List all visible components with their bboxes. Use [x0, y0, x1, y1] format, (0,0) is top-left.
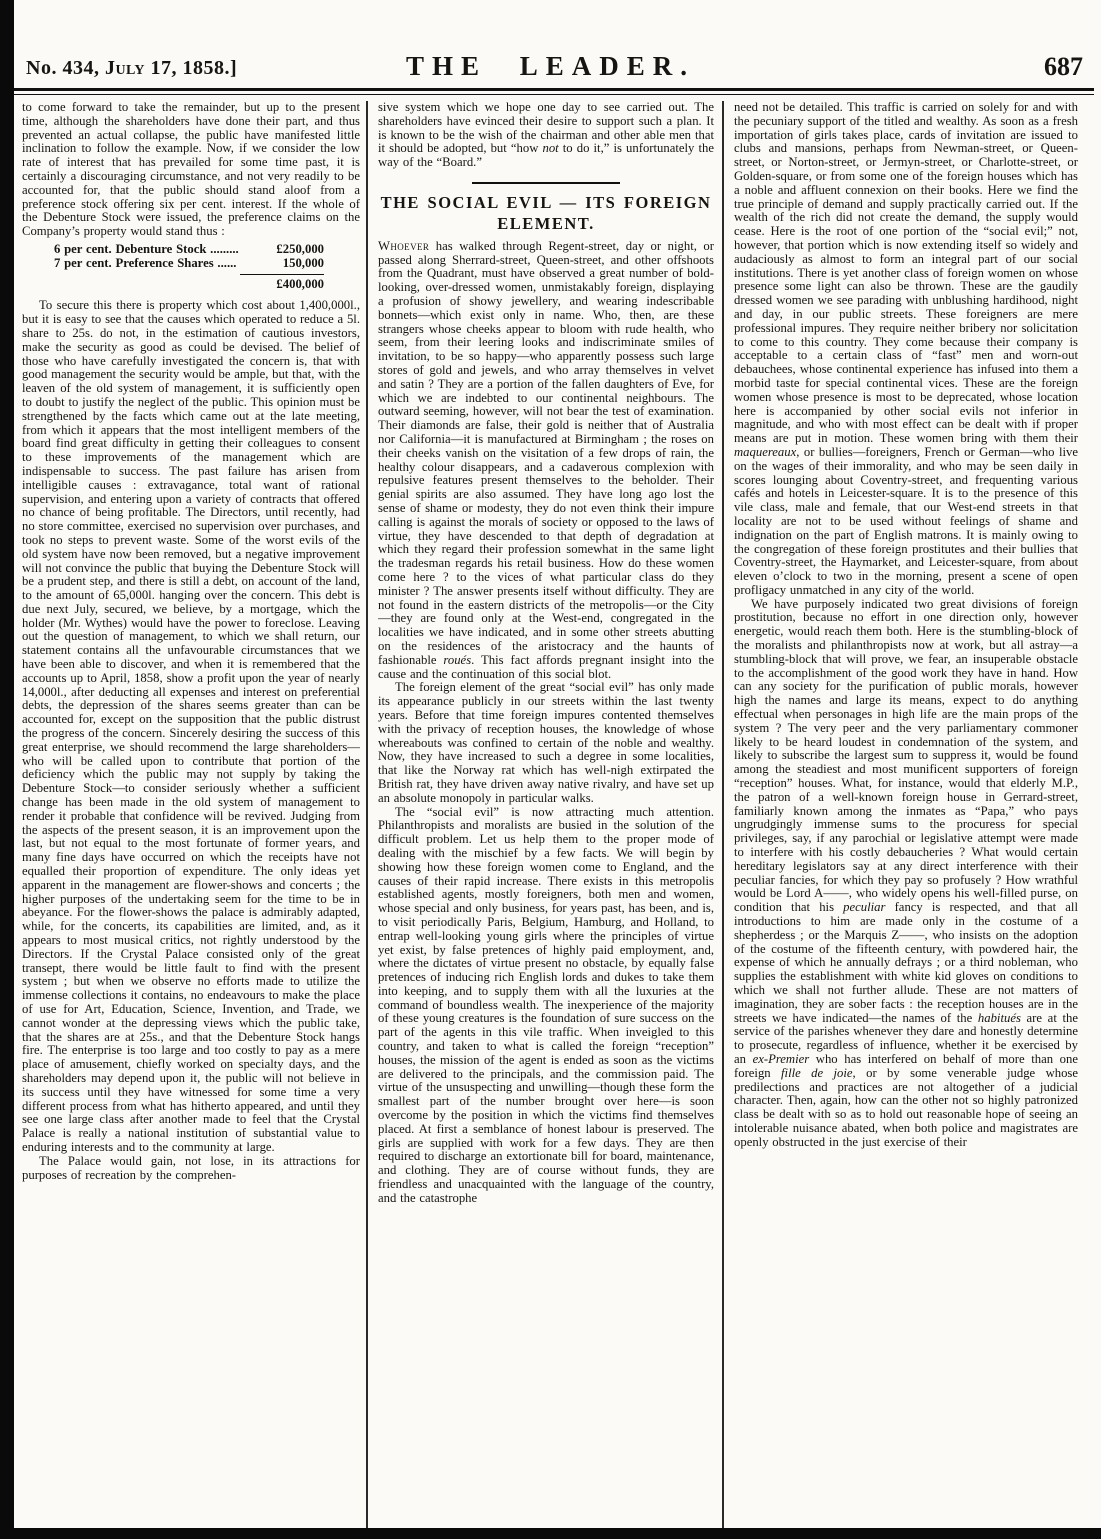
table-total-row: £400,000 [22, 274, 360, 292]
table-row-label: 7 per cent. Preference Shares ...... [54, 257, 252, 271]
table-row-label: 6 per cent. Debenture Stock ......... [54, 243, 252, 257]
social-evil-paragraph-continuation: need not be detailed. This traffic is ca… [734, 101, 1078, 598]
crystal-palace-paragraph-continuation: to come forward to take the remainder, b… [22, 101, 360, 239]
article-headline: THE SOCIAL EVIL — ITS FOREIGN ELEMENT. [378, 192, 714, 235]
column-2: sive system which we hope one day to see… [378, 101, 714, 1528]
social-evil-opening-paragraph: Whoever has walked through Regent-street… [378, 240, 714, 682]
social-evil-paragraph: The “social evil” is now attracting much… [378, 806, 714, 1206]
column-3: need not be detailed. This traffic is ca… [734, 101, 1078, 1528]
masthead-rule-thin [14, 94, 1094, 95]
article-divider-rule [472, 182, 620, 184]
debenture-table: 6 per cent. Debenture Stock ......... £2… [22, 243, 360, 291]
newspaper-page: No. 434, July 17, 1858.] THE LEADER. 687… [0, 0, 1101, 1539]
crystal-palace-closing-paragraph: The Palace would gain, not lose, in its … [22, 1155, 360, 1183]
scan-edge-left [0, 0, 14, 1539]
table-row: 7 per cent. Preference Shares ...... 150… [22, 257, 360, 271]
column-separator-2 [722, 101, 724, 1528]
page-title: THE LEADER. [0, 51, 1101, 82]
social-evil-paragraph: The foreign element of the great “social… [378, 681, 714, 805]
table-total-value: £400,000 [240, 274, 324, 292]
column-separator-1 [366, 101, 368, 1528]
table-row-value: 150,000 [252, 257, 324, 271]
board-paragraph-continuation: sive system which we hope one day to see… [378, 101, 714, 170]
column-1: to come forward to take the remainder, b… [22, 101, 360, 1528]
table-row: 6 per cent. Debenture Stock ......... £2… [22, 243, 360, 257]
scan-edge-bottom [0, 1528, 1101, 1539]
table-row-value: £250,000 [252, 243, 324, 257]
page-number: 687 [1044, 52, 1083, 82]
social-evil-closing-paragraph: We have purposely indicated two great di… [734, 598, 1078, 1150]
crystal-palace-paragraph: To secure this there is property which c… [22, 299, 360, 1154]
masthead-rule-thick [14, 88, 1094, 91]
